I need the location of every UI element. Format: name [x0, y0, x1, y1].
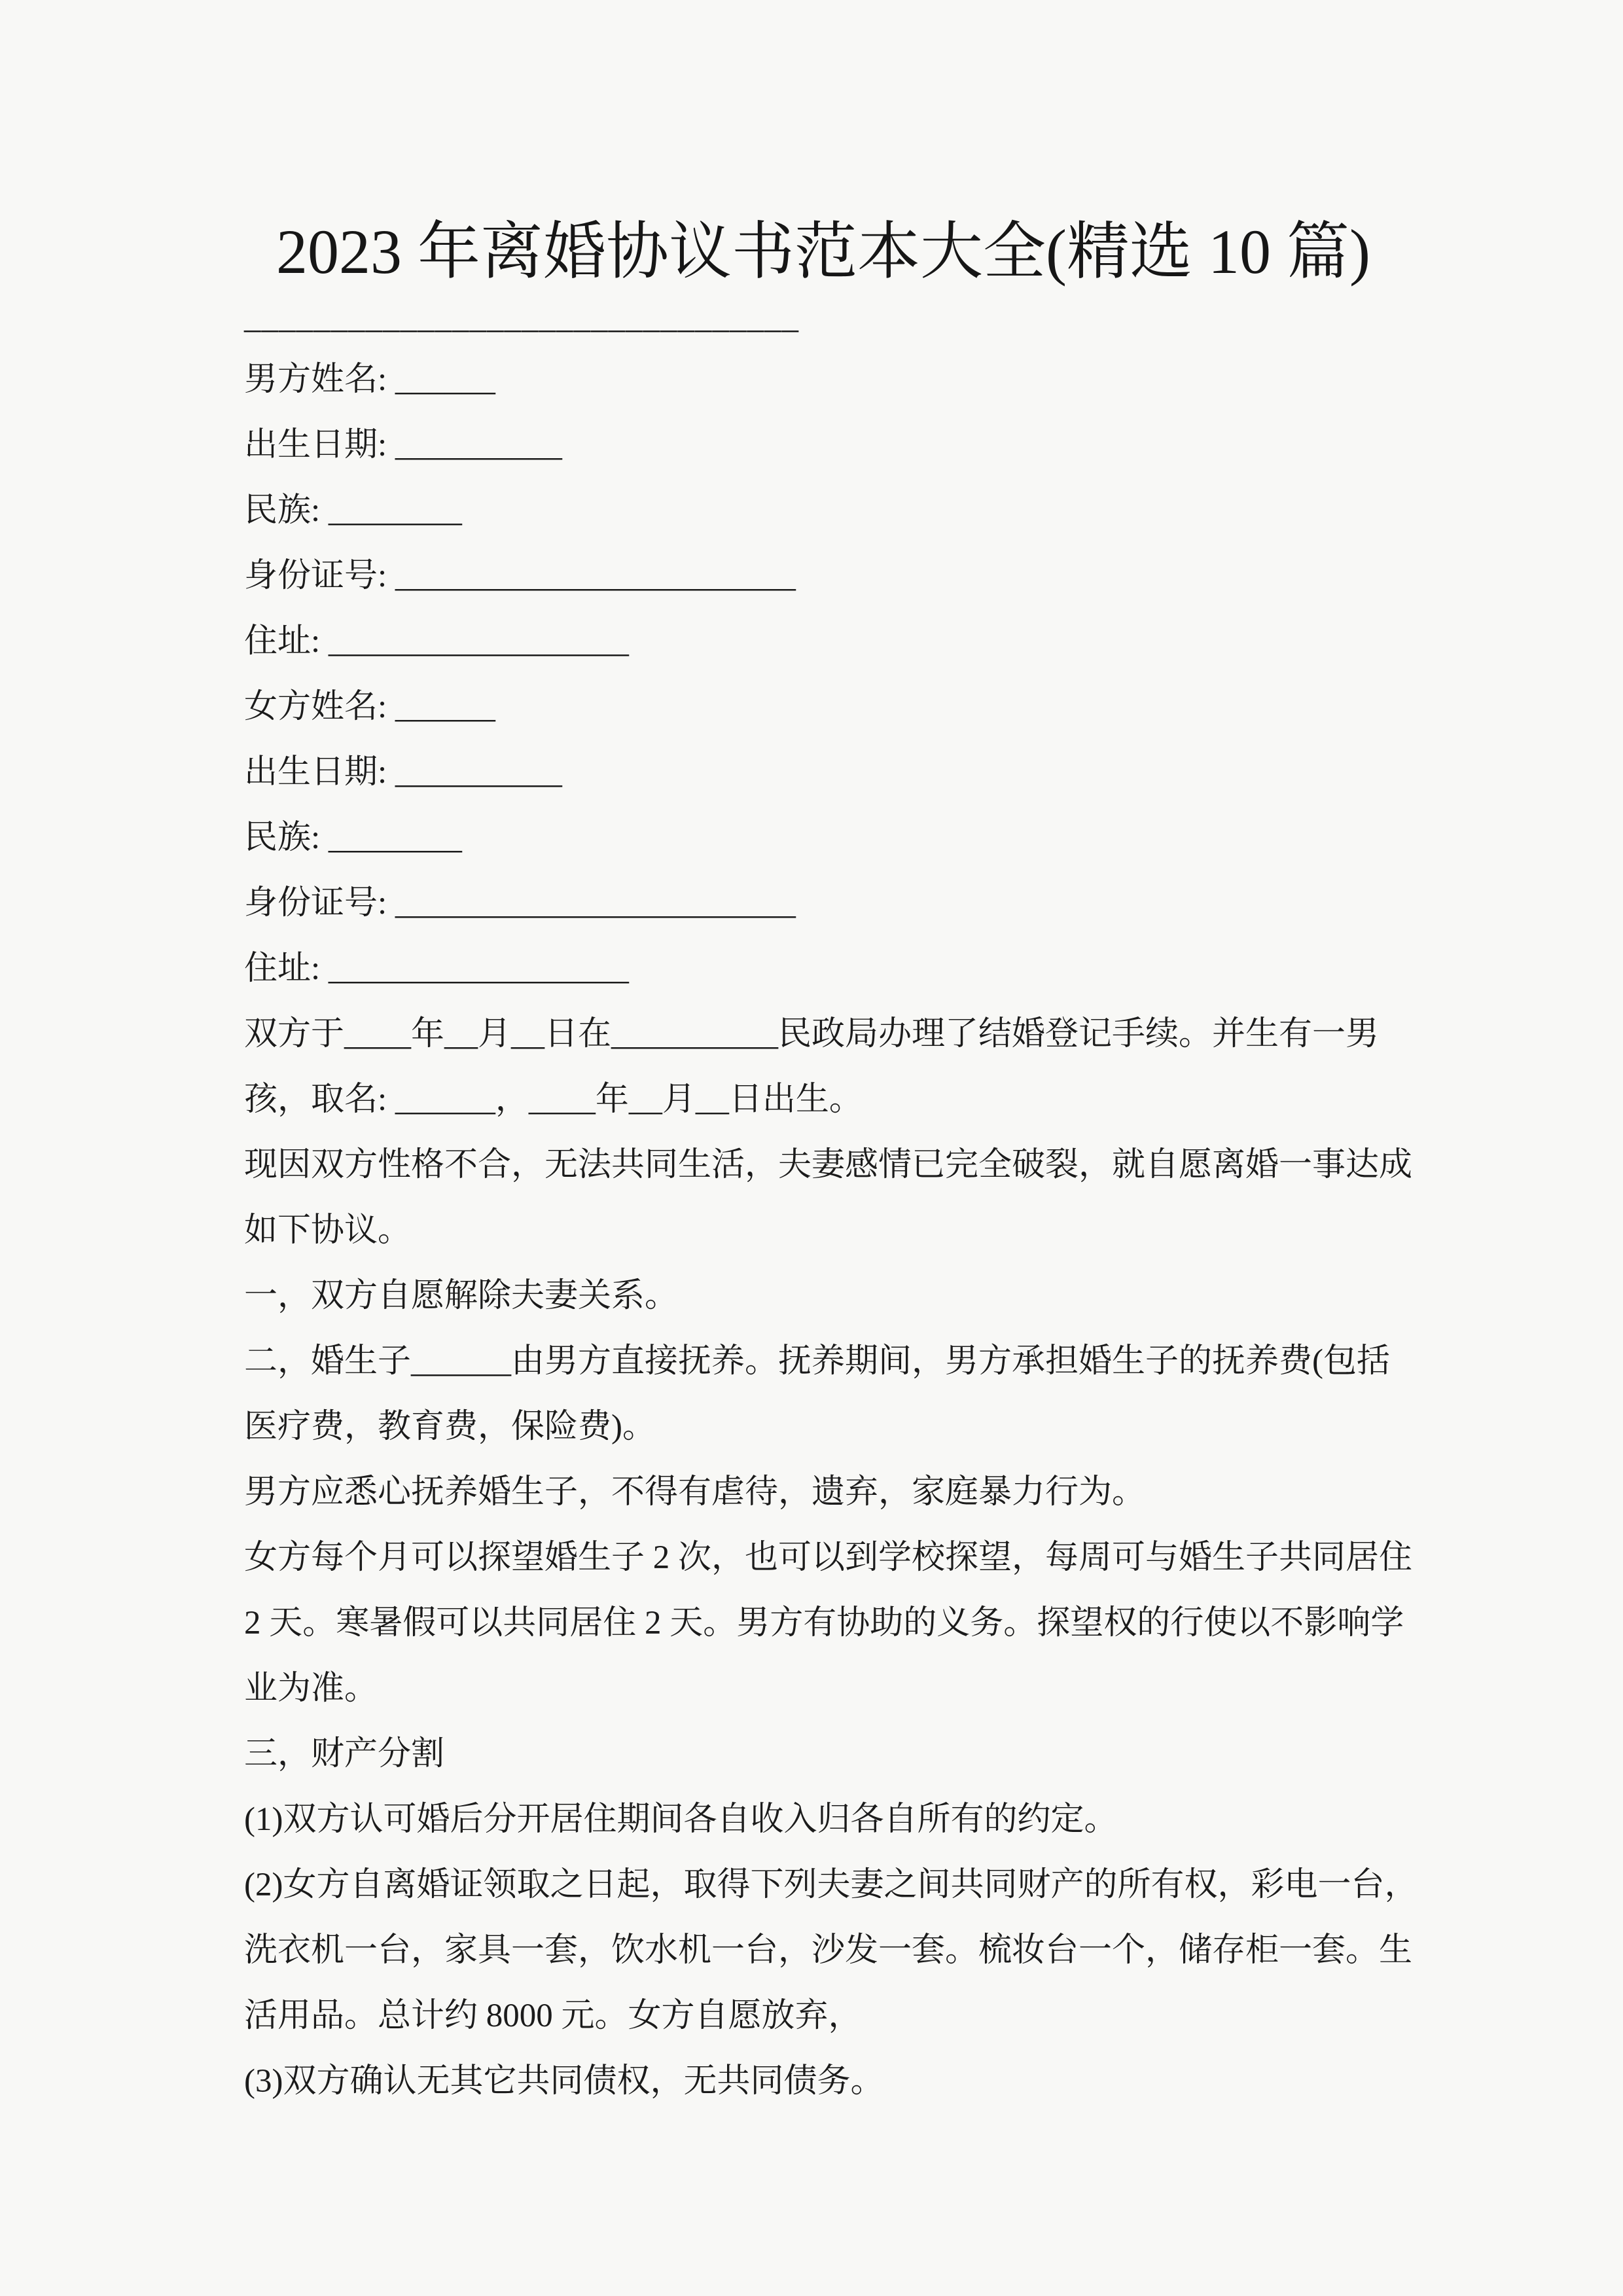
- doc-line: 男方应悉心抚养婚生子，不得有虐待，遗弃，家庭暴力行为。: [244, 1460, 1402, 1525]
- doc-line: 业为准。: [244, 1656, 1402, 1721]
- doc-line: 医疗费，教育费，保险费)。: [244, 1394, 1402, 1460]
- doc-line: 民族: ________: [244, 805, 1402, 870]
- doc-line: (1)双方认可婚后分开居住期间各自收入归各自所有的约定。: [244, 1787, 1402, 1852]
- doc-line: 洗衣机一台，家具一套，饮水机一台，沙发一套。梳妆台一个，储存柜一套。生: [244, 1918, 1402, 1983]
- doc-line: 三，财产分割: [244, 1721, 1402, 1787]
- doc-line: (3)双方确认无其它共同债权，无共同债务。: [244, 2049, 1402, 2114]
- doc-line: 女方每个月可以探望婚生子 2 次，也可以到学校探望，每周可与婚生子共同居住: [244, 1525, 1402, 1590]
- doc-line: 活用品。总计约 8000 元。女方自愿放弃，: [244, 1983, 1402, 2049]
- doc-line: 如下协议。: [244, 1198, 1402, 1263]
- doc-line: 双方于____年__月__日在__________民政局办理了结婚登记手续。并生…: [244, 1001, 1402, 1067]
- doc-line: 住址: __________________: [244, 609, 1402, 674]
- title-underline: ________________________________: [244, 288, 1402, 347]
- doc-line: 一，双方自愿解除夫妻关系。: [244, 1263, 1402, 1329]
- doc-line: 出生日期: __________: [244, 412, 1402, 478]
- doc-line: 现因双方性格不合，无法共同生活，夫妻感情已完全破裂，就自愿离婚一事达成: [244, 1132, 1402, 1198]
- doc-line: 孩，取名: ______，____年__月__日出生。: [244, 1067, 1402, 1132]
- doc-line: 出生日期: __________: [244, 740, 1402, 805]
- doc-line: 二，婚生子______由男方直接抚养。抚养期间，男方承担婚生子的抚养费(包括: [244, 1329, 1402, 1394]
- document-body: 2023 年离婚协议书范本大全(精选 10 篇) _______________…: [244, 216, 1402, 2114]
- doc-line: 男方姓名: ______: [244, 347, 1402, 412]
- document-page: 2023 年离婚协议书范本大全(精选 10 篇) _______________…: [0, 0, 1623, 2296]
- doc-line: (2)女方自离婚证领取之日起，取得下列夫妻之间共同财产的所有权，彩电一台，: [244, 1852, 1402, 1918]
- document-title: 2023 年离婚协议书范本大全(精选 10 篇): [244, 216, 1402, 288]
- doc-line: 民族: ________: [244, 478, 1402, 543]
- doc-line: 2 天。寒暑假可以共同居住 2 天。男方有协助的义务。探望权的行使以不影响学: [244, 1590, 1402, 1656]
- doc-line: 身份证号: ________________________: [244, 543, 1402, 609]
- doc-line: 住址: __________________: [244, 936, 1402, 1001]
- doc-line: 身份证号: ________________________: [244, 870, 1402, 936]
- doc-line: 女方姓名: ______: [244, 674, 1402, 740]
